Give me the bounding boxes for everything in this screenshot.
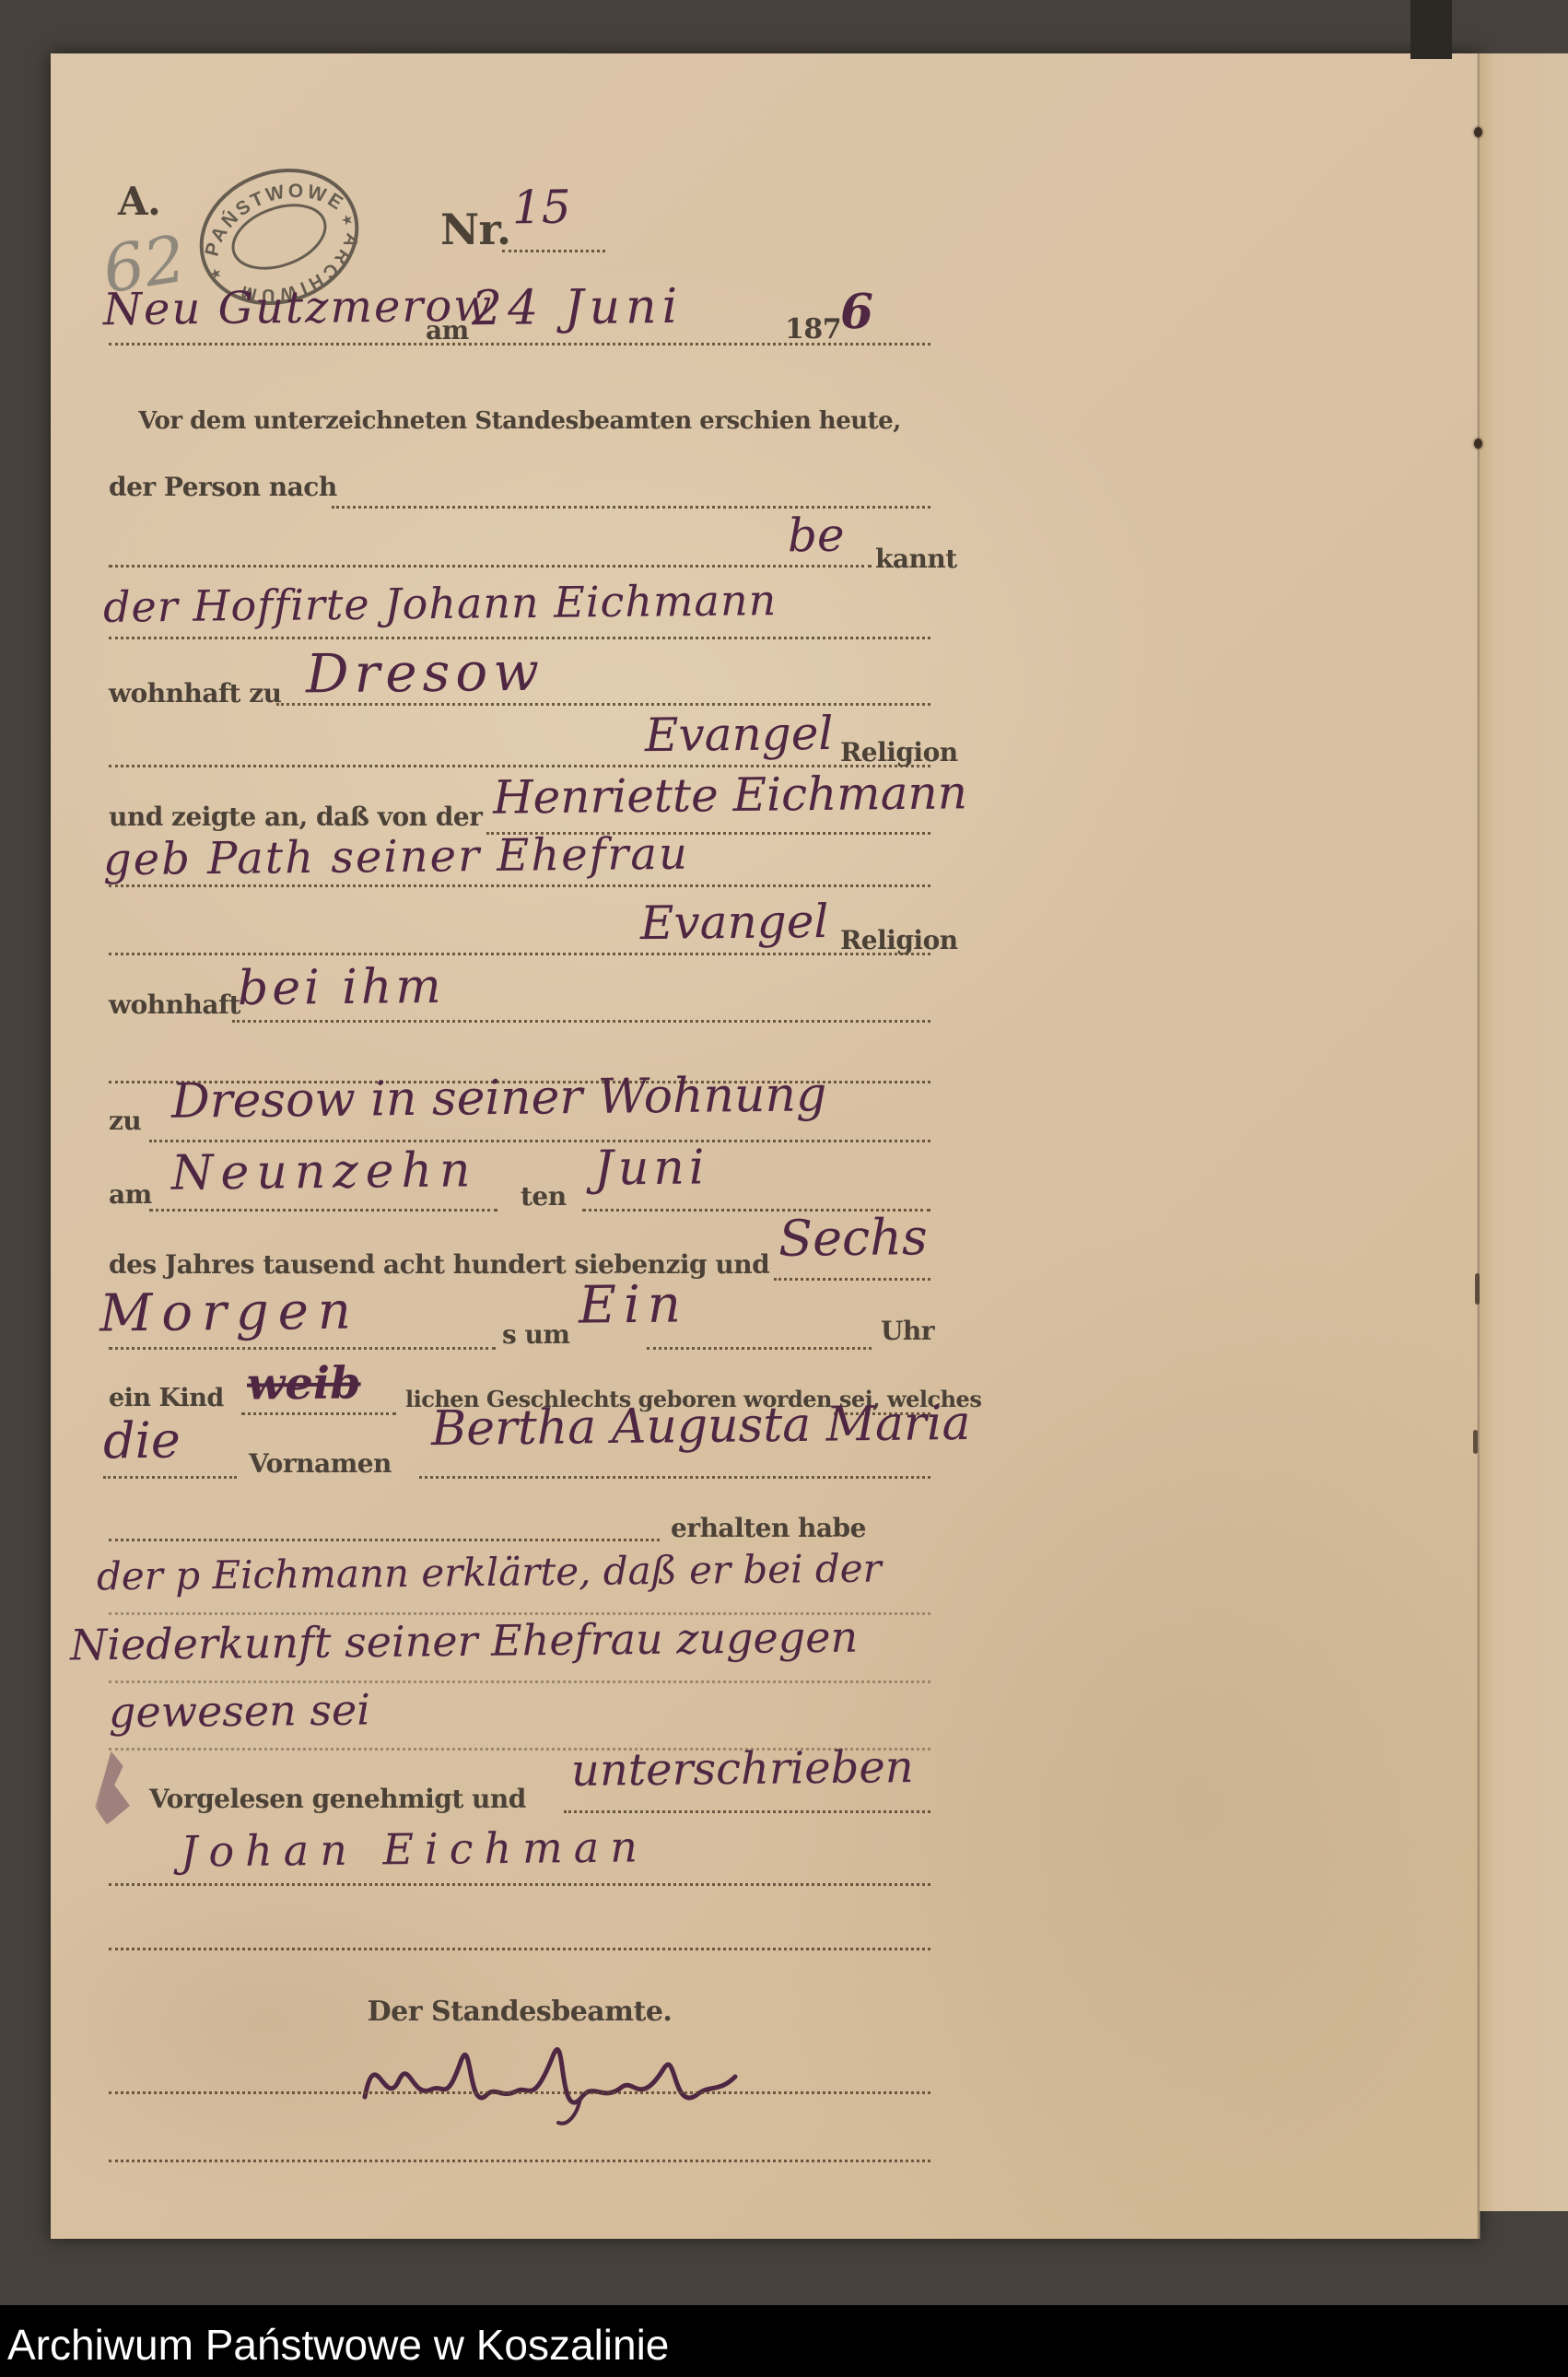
nr-label: Nr. [440, 205, 511, 254]
declaration-line-3: gewesen sei [109, 1685, 370, 1738]
birthplace: Dresow in seiner Wohnung [171, 1067, 827, 1129]
official-signature [348, 2023, 754, 2134]
stamp-star-left: ★ [207, 264, 224, 284]
adjacent-page-edge [1480, 53, 1568, 2211]
religion-1: Evangel [645, 707, 834, 762]
crease-ink-mark [1473, 1430, 1478, 1454]
intro-line: Vor dem unterzeichneten Standesbeamten e… [109, 407, 930, 435]
declaration-line-2: Niederkunft seiner Ehefrau zugegen [70, 1612, 859, 1670]
declarant-name: der Hoffirte Johann Eichmann [103, 575, 778, 632]
gender-handwritten: weib [247, 1357, 361, 1410]
wohnhaft-label: wohnhaft [109, 989, 240, 1020]
crease-ink-mark [1475, 1273, 1480, 1305]
am-day-label: am [109, 1179, 152, 1210]
vorgelesen-label: Vorgelesen genehmigt und [149, 1784, 526, 1814]
birth-month: Juni [594, 1140, 709, 1196]
archival-scan: A. 62 PAŃSTWOWE ARCHIWUM ★ ★ Nr. 15 Neu … [0, 0, 1568, 2377]
religion-label-1: Religion [840, 737, 958, 767]
birth-hour: Ein [579, 1274, 689, 1335]
religion-2: Evangel [640, 895, 829, 950]
binding-fold-crease [1477, 53, 1480, 2239]
stitch-hole [1474, 127, 1482, 137]
residence: Dresow [306, 640, 545, 706]
uhr-label: Uhr [881, 1316, 934, 1346]
zu-label: zu [109, 1106, 141, 1136]
mother-birthname: geb Path seiner Ehefrau [103, 828, 689, 886]
am-label: am [426, 315, 469, 345]
kind-label: ein Kind [109, 1384, 224, 1412]
die-handwritten: die [103, 1411, 181, 1470]
record-number: 15 [512, 181, 571, 235]
person-nach-label: der Person nach [109, 472, 337, 502]
wohnhaft-zu-label: wohnhaft zu [109, 678, 281, 708]
zeigte-an-label: und zeigte an, daß von der [109, 802, 482, 832]
binding-gap [1410, 0, 1452, 59]
birth-day: Neunzehn [171, 1142, 478, 1200]
time-of-day: Morgen [99, 1282, 361, 1344]
mother-name: Henriette Eichmann [493, 766, 967, 824]
s-um-label: s um [502, 1319, 570, 1350]
erhalten-habe-label: erhalten habe [671, 1513, 866, 1543]
archive-caption-text: Archiwum Państwowe w Koszalinie [7, 2320, 669, 2370]
declarant-signature: Johan Eichman [181, 1821, 649, 1876]
bei-ihm: bei ihm [238, 959, 445, 1016]
year-digit: 6 [840, 284, 874, 340]
date-handwritten: 24 Juni [472, 279, 684, 336]
ten-label: ten [521, 1181, 567, 1212]
archive-caption-bar: Archiwum Państwowe w Koszalinie [0, 2305, 1568, 2377]
declaration-line-1: der p Eichmann erklärte, daß er bei der [97, 1546, 882, 1599]
religion-label-2: Religion [840, 925, 958, 955]
form-letter-a: A. [118, 179, 160, 224]
vornamen-label: Vornamen [249, 1448, 392, 1479]
year-word: Sechs [778, 1208, 928, 1268]
kannt-label: kannt [875, 544, 957, 574]
stitch-hole [1474, 439, 1482, 449]
year-printed: 187 [785, 313, 841, 345]
bekannt-handwritten: be [788, 509, 845, 563]
unterschrieben-handwritten: unterschrieben [571, 1741, 914, 1797]
given-names: Bertha Augusta Maria [431, 1396, 971, 1457]
